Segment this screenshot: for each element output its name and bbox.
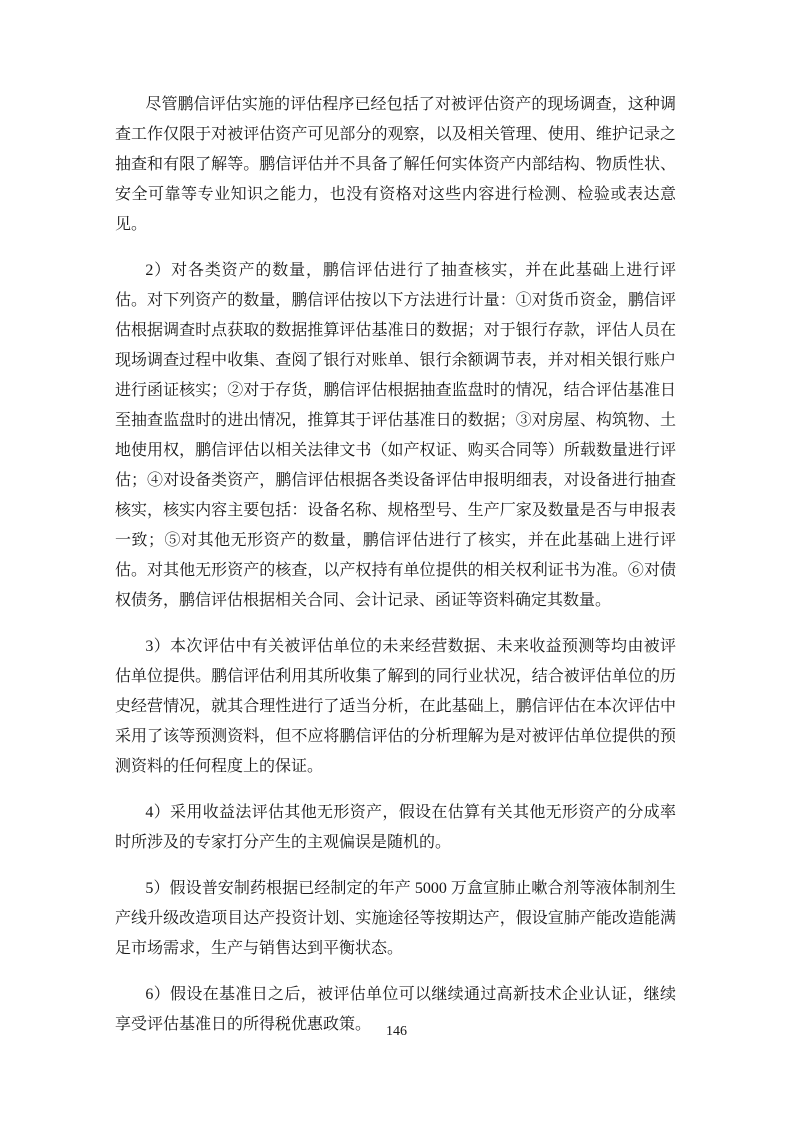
document-page: 尽管鹏信评估实施的评估程序已经包括了对被评估资产的现场调查，这种调查工作仅限于对… (0, 0, 793, 1122)
paragraph-item-4-income-method: 4）采用收益法评估其他无形资产，假设在估算有关其他无形资产的分成率时所涉及的专家… (115, 798, 676, 858)
paragraph-item-3-forecast-data: 3）本次评估中有关被评估单位的未来经营数据、未来收益预测等均由被评估单位提供。鹏… (115, 632, 676, 782)
document-text-block: 尽管鹏信评估实施的评估程序已经包括了对被评估资产的现场调查，这种调查工作仅限于对… (115, 90, 676, 1040)
paragraph-item-2-asset-quantities: 2）对各类资产的数量，鹏信评估进行了抽查核实，并在此基础上进行评估。对下列资产的… (115, 256, 676, 616)
page-number: 146 (0, 1023, 793, 1041)
paragraph-item-5-production-assumption: 5）假设普安制药根据已经制定的年产 5000 万盒宣肺止嗽合剂等液体制剂生产线升… (115, 874, 676, 964)
paragraph-limitations: 尽管鹏信评估实施的评估程序已经包括了对被评估资产的现场调查，这种调查工作仅限于对… (115, 90, 676, 240)
